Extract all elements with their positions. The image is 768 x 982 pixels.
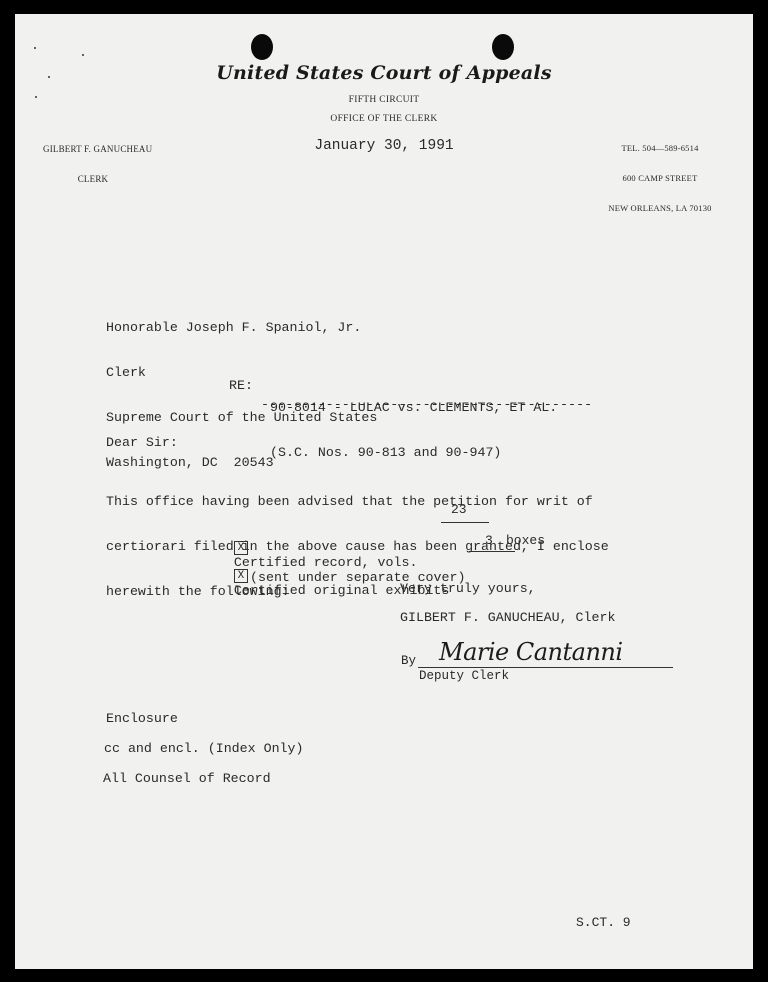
enclosure-notation: Enclosure — [106, 711, 178, 726]
speck — [34, 47, 36, 49]
re-rule: ----------------------------------------… — [261, 397, 592, 412]
re-label: RE: — [229, 378, 253, 393]
punch-hole — [492, 34, 514, 60]
record-volumes-value: 23 — [451, 502, 467, 517]
signature-title: Deputy Clerk — [419, 669, 509, 683]
re-supreme-court-numbers: (S.C. Nos. 90-813 and 90-947) — [270, 445, 557, 460]
cc-notation: cc and encl. (Index Only) — [104, 741, 304, 756]
page-reference: S.CT. 9 — [576, 915, 631, 930]
circuit-name: FIFTH CIRCUIT — [15, 95, 753, 105]
signature-line — [418, 667, 673, 668]
letter-date: January 30, 1991 — [15, 138, 753, 154]
contact-city: NEW ORLEANS, LA 70130 — [605, 203, 715, 213]
checkbox-checked: X — [234, 569, 248, 583]
addressee-name: Honorable Joseph F. Spaniol, Jr. — [106, 320, 377, 335]
punch-hole — [251, 34, 273, 60]
clerk-block: GILBERT F. GANUCHEAU CLERK — [43, 124, 143, 204]
speck — [82, 54, 84, 56]
fill-in-line — [469, 551, 515, 552]
contact-street: 600 CAMP STREET — [605, 173, 715, 183]
exhibits-count-value: 3 — [485, 533, 493, 548]
fill-in-line — [441, 522, 489, 523]
court-name: United States Court of Appeals — [15, 62, 753, 84]
body-line: This office having been advised that the… — [106, 494, 609, 509]
signer-name: GILBERT F. GANUCHEAU, Clerk — [400, 610, 615, 625]
distribution-notation: All Counsel of Record — [103, 771, 271, 786]
by-label: By — [401, 654, 416, 668]
exhibits-unit: boxes — [506, 533, 545, 548]
salutation: Dear Sir: — [106, 435, 178, 450]
clerk-title: CLERK — [43, 174, 143, 184]
letter-page: United States Court of Appeals FIFTH CIR… — [15, 14, 753, 969]
closing: Very truly yours, — [400, 581, 536, 596]
handwritten-signature: Marie Cantanni — [439, 638, 623, 666]
